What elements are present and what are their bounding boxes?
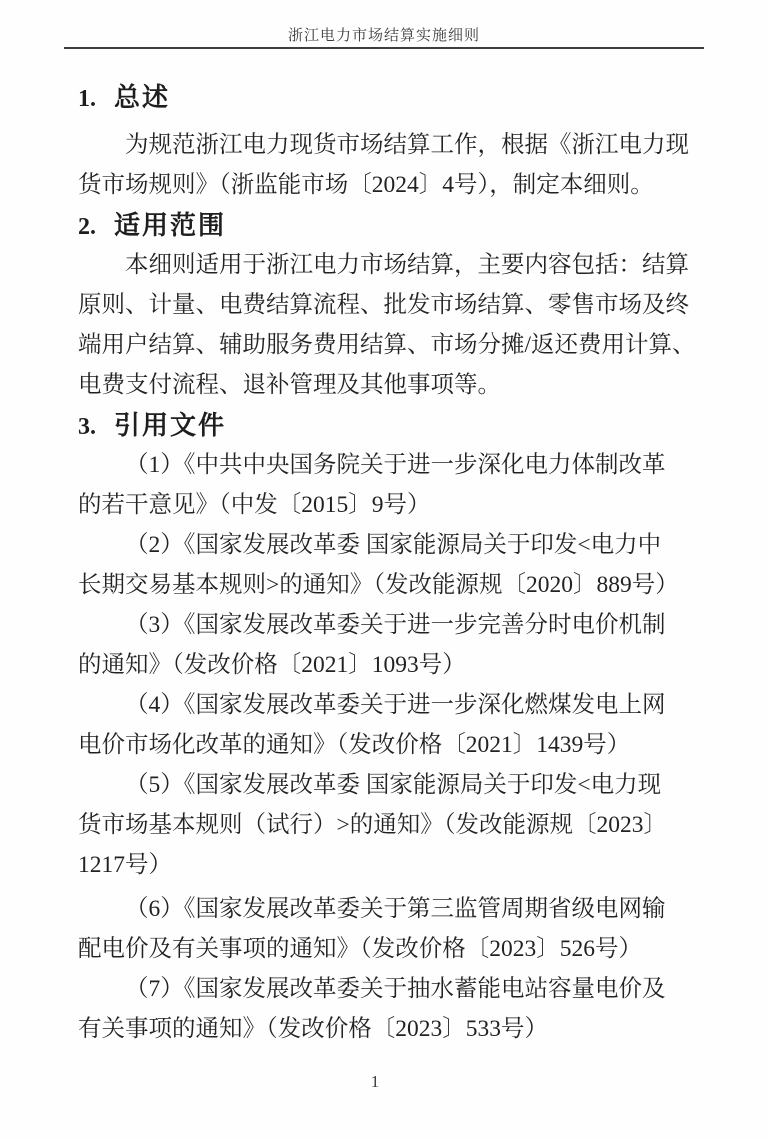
section-heading-1: 1.总述: [78, 79, 690, 117]
paragraph-line: 货市场规则》（浙监能市场〔2024〕4号），制定本细则。: [78, 165, 690, 205]
reference-line: 有关事项的通知》（发改价格〔2023〕533号）: [78, 1009, 690, 1049]
reference-line: 的通知》（发改价格〔2021〕1093号）: [78, 645, 690, 685]
reference-item: （7）《国家发展改革委关于抽水蓄能电站容量电价及 有关事项的通知》（发改价格〔2…: [78, 969, 690, 1049]
page-number: 1: [371, 1072, 380, 1091]
paragraph-line: 电费支付流程、退补管理及其他事项等。: [78, 365, 690, 405]
document-header-title: 浙江电力市场结算实施细则: [64, 26, 704, 47]
reference-line: 长期交易基本规则>的通知》（发改能源规〔2020〕889号）: [78, 565, 690, 605]
reference-line: 的若干意见》（中发〔2015〕9号）: [78, 485, 690, 525]
section-title: 总述: [114, 82, 170, 112]
section-number: 3.: [78, 414, 96, 440]
reference-item: （6）《国家发展改革委关于第三监管周期省级电网输 配电价及有关事项的通知》（发改…: [78, 889, 690, 969]
reference-line: 1217号）: [78, 845, 690, 885]
section-heading-3: 3.引用文件: [78, 407, 690, 445]
paragraph-line: 为规范浙江电力现货市场结算工作，根据《浙江电力现: [78, 125, 690, 165]
reference-item: （4）《国家发展改革委关于进一步深化燃煤发电上网 电价市场化改革的通知》（发改价…: [78, 685, 690, 765]
page-footer: 1: [0, 1072, 750, 1092]
paragraph: 为规范浙江电力现货市场结算工作，根据《浙江电力现 货市场规则》（浙监能市场〔20…: [78, 125, 690, 205]
reference-line: （3）《国家发展改革委关于进一步完善分时电价机制: [78, 605, 690, 645]
document-page: 浙江电力市场结算实施细则 1.总述 为规范浙江电力现货市场结算工作，根据《浙江电…: [0, 0, 768, 1140]
reference-item: （3）《国家发展改革委关于进一步完善分时电价机制 的通知》（发改价格〔2021〕…: [78, 605, 690, 685]
reference-item: （1）《中共中央国务院关于进一步深化电力体制改革 的若干意见》（中发〔2015〕…: [78, 445, 690, 525]
section-number: 2.: [78, 214, 96, 240]
reference-line: （2）《国家发展改革委 国家能源局关于印发<电力中: [78, 525, 690, 565]
reference-line: 配电价及有关事项的通知》（发改价格〔2023〕526号）: [78, 929, 690, 969]
reference-item: （5）《国家发展改革委 国家能源局关于印发<电力现 货市场基本规则（试行）>的通…: [78, 765, 690, 885]
reference-line: 电价市场化改革的通知》（发改价格〔2021〕1439号）: [78, 725, 690, 765]
reference-line: （7）《国家发展改革委关于抽水蓄能电站容量电价及: [78, 969, 690, 1009]
paragraph-line: 本细则适用于浙江电力市场结算，主要内容包括：结算: [78, 245, 690, 285]
reference-line: （5）《国家发展改革委 国家能源局关于印发<电力现: [78, 765, 690, 805]
document-body: 1.总述 为规范浙江电力现货市场结算工作，根据《浙江电力现 货市场规则》（浙监能…: [78, 79, 690, 1049]
reference-line: 货市场基本规则（试行）>的通知》（发改能源规〔2023〕: [78, 805, 690, 845]
reference-item: （2）《国家发展改革委 国家能源局关于印发<电力中 长期交易基本规则>的通知》（…: [78, 525, 690, 605]
paragraph-line: 原则、计量、电费结算流程、批发市场结算、零售市场及终: [78, 285, 690, 325]
section-title: 适用范围: [114, 210, 226, 240]
section-title: 引用文件: [114, 410, 226, 440]
reference-line: （4）《国家发展改革委关于进一步深化燃煤发电上网: [78, 685, 690, 725]
section-number: 1.: [78, 86, 96, 112]
section-heading-2: 2.适用范围: [78, 207, 690, 245]
paragraph-line: 端用户结算、辅助服务费用结算、市场分摊/返还费用计算、: [78, 325, 690, 365]
reference-line: （6）《国家发展改革委关于第三监管周期省级电网输: [78, 889, 690, 929]
page-header: 浙江电力市场结算实施细则: [64, 0, 704, 49]
paragraph: 本细则适用于浙江电力市场结算，主要内容包括：结算 原则、计量、电费结算流程、批发…: [78, 245, 690, 405]
reference-line: （1）《中共中央国务院关于进一步深化电力体制改革: [78, 445, 690, 485]
